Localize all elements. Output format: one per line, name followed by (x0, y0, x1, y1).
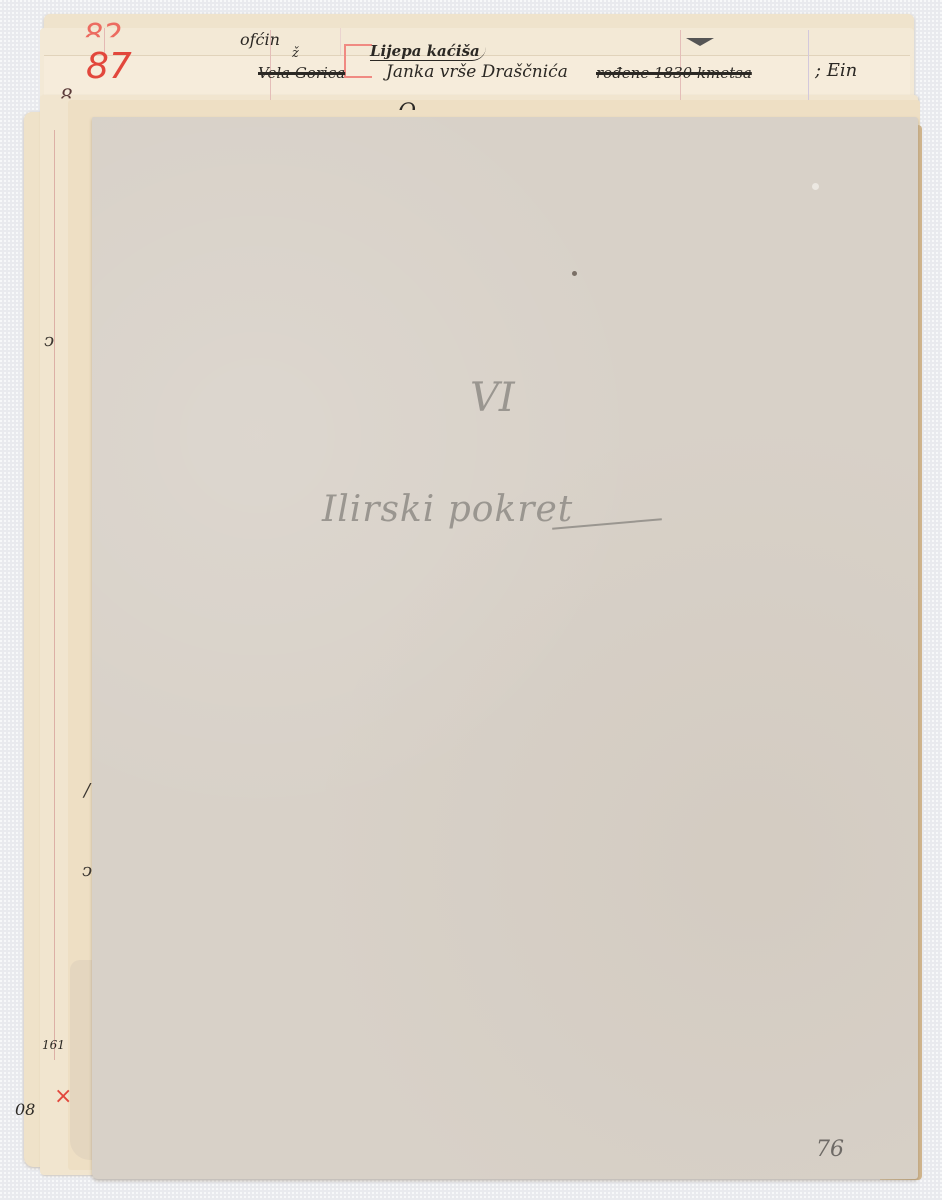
entry-number: 87 (86, 46, 132, 87)
ledger-line-end: ; Ein (815, 60, 857, 81)
ledger-heading: Lijepa kaćiša (370, 42, 486, 61)
margin-number: 161 (42, 1038, 65, 1052)
red-box-mark (344, 44, 372, 78)
margin-rule (54, 130, 55, 1060)
ledger-struck-suffix: rođene 1830 kmetsa (596, 64, 752, 82)
grey-cover-sheet: VI Ilirski pokret 76 (92, 117, 918, 1179)
ledger-small-mark: ž (292, 46, 299, 61)
margin-number-bottom: 08 (15, 1100, 35, 1119)
cover-speck (812, 183, 819, 190)
margin-mark: / (84, 780, 90, 801)
cover-roman-numeral: VI (470, 375, 515, 421)
triangle-mark-icon (686, 38, 714, 46)
margin-mark: ↄ (82, 860, 92, 881)
ledger-main-line: Janka vrše Draščnića (386, 62, 568, 82)
cover-page-number: 76 (816, 1137, 844, 1162)
ledger-rule (808, 30, 809, 100)
ledger-struck-prefix: Vela Gorica (258, 64, 345, 82)
cover-title: Ilirski pokret (322, 489, 573, 530)
cover-speck (572, 271, 577, 276)
margin-mark: ↄ (44, 330, 54, 351)
ledger-line-fragment: ofćin (240, 30, 280, 49)
